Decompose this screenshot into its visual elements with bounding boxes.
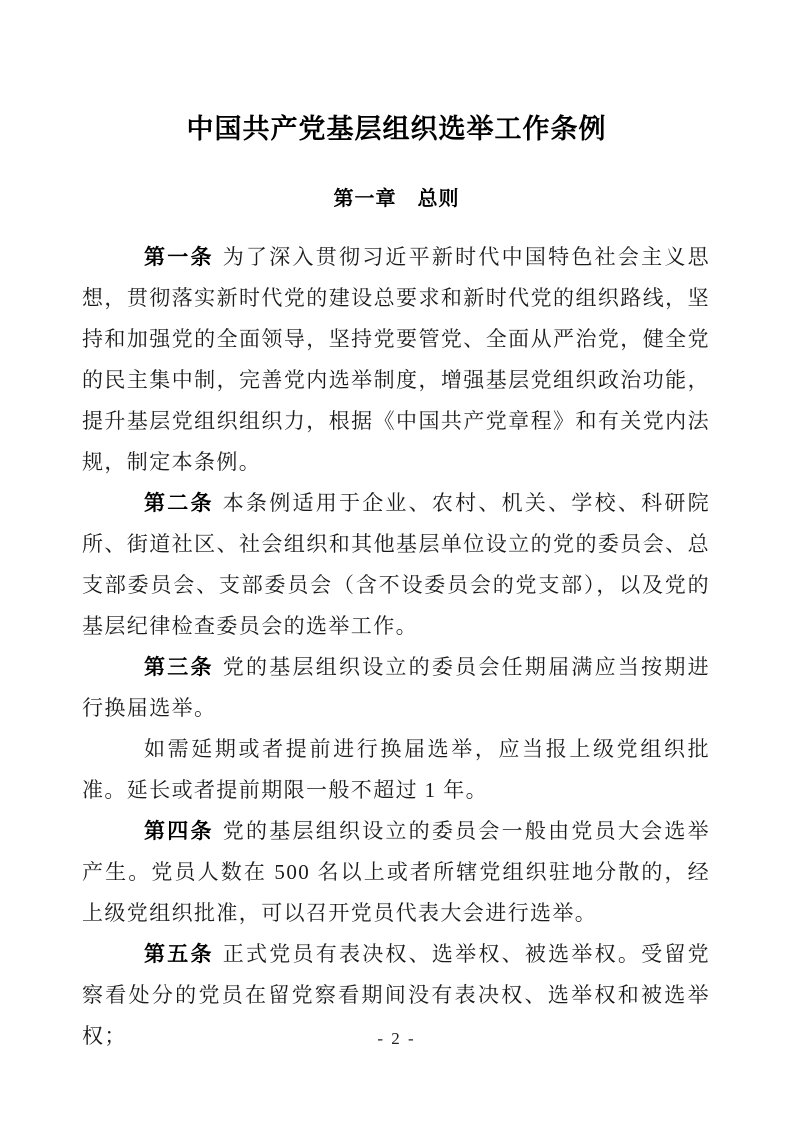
article-number: 第一条 (144, 246, 214, 269)
paragraph: 如需延期或者提前进行换届选举，应当报上级党组织批准。延长或者提前期限一般不超过 … (82, 729, 710, 811)
article-number: 第二条 (144, 492, 214, 515)
paragraph: 第三条党的基层组织设立的委员会任期届满应当按期进行换届选举。 (82, 647, 710, 729)
document-page: 中国共产党基层组织选举工作条例 第一章 总则 第一条为了深入贯彻习近平新时代中国… (0, 0, 793, 1122)
paragraph: 第四条党的基层组织设立的委员会一般由党员大会选举产生。党员人数在 500 名以上… (82, 811, 710, 934)
article-number: 第五条 (144, 943, 214, 966)
page-number: - 2 - (0, 1026, 793, 1052)
paragraph: 第一条为了深入贯彻习近平新时代中国特色社会主义思想，贯彻落实新时代党的建设总要求… (82, 237, 710, 483)
paragraph-text: 为了深入贯彻习近平新时代中国特色社会主义思想，贯彻落实新时代党的建设总要求和新时… (82, 245, 710, 474)
document-body-text: 第一条为了深入贯彻习近平新时代中国特色社会主义思想，贯彻落实新时代党的建设总要求… (82, 237, 710, 1057)
paragraph: 第二条本条例适用于企业、农村、机关、学校、科研院所、街道社区、社会组织和其他基层… (82, 483, 710, 647)
document-title: 中国共产党基层组织选举工作条例 (0, 107, 793, 151)
article-number: 第四条 (144, 820, 214, 843)
chapter-heading: 第一章 总则 (0, 184, 793, 214)
paragraph-text: 如需延期或者提前进行换届选举，应当报上级党组织批准。延长或者提前期限一般不超过 … (82, 737, 710, 802)
article-number: 第三条 (144, 656, 214, 679)
